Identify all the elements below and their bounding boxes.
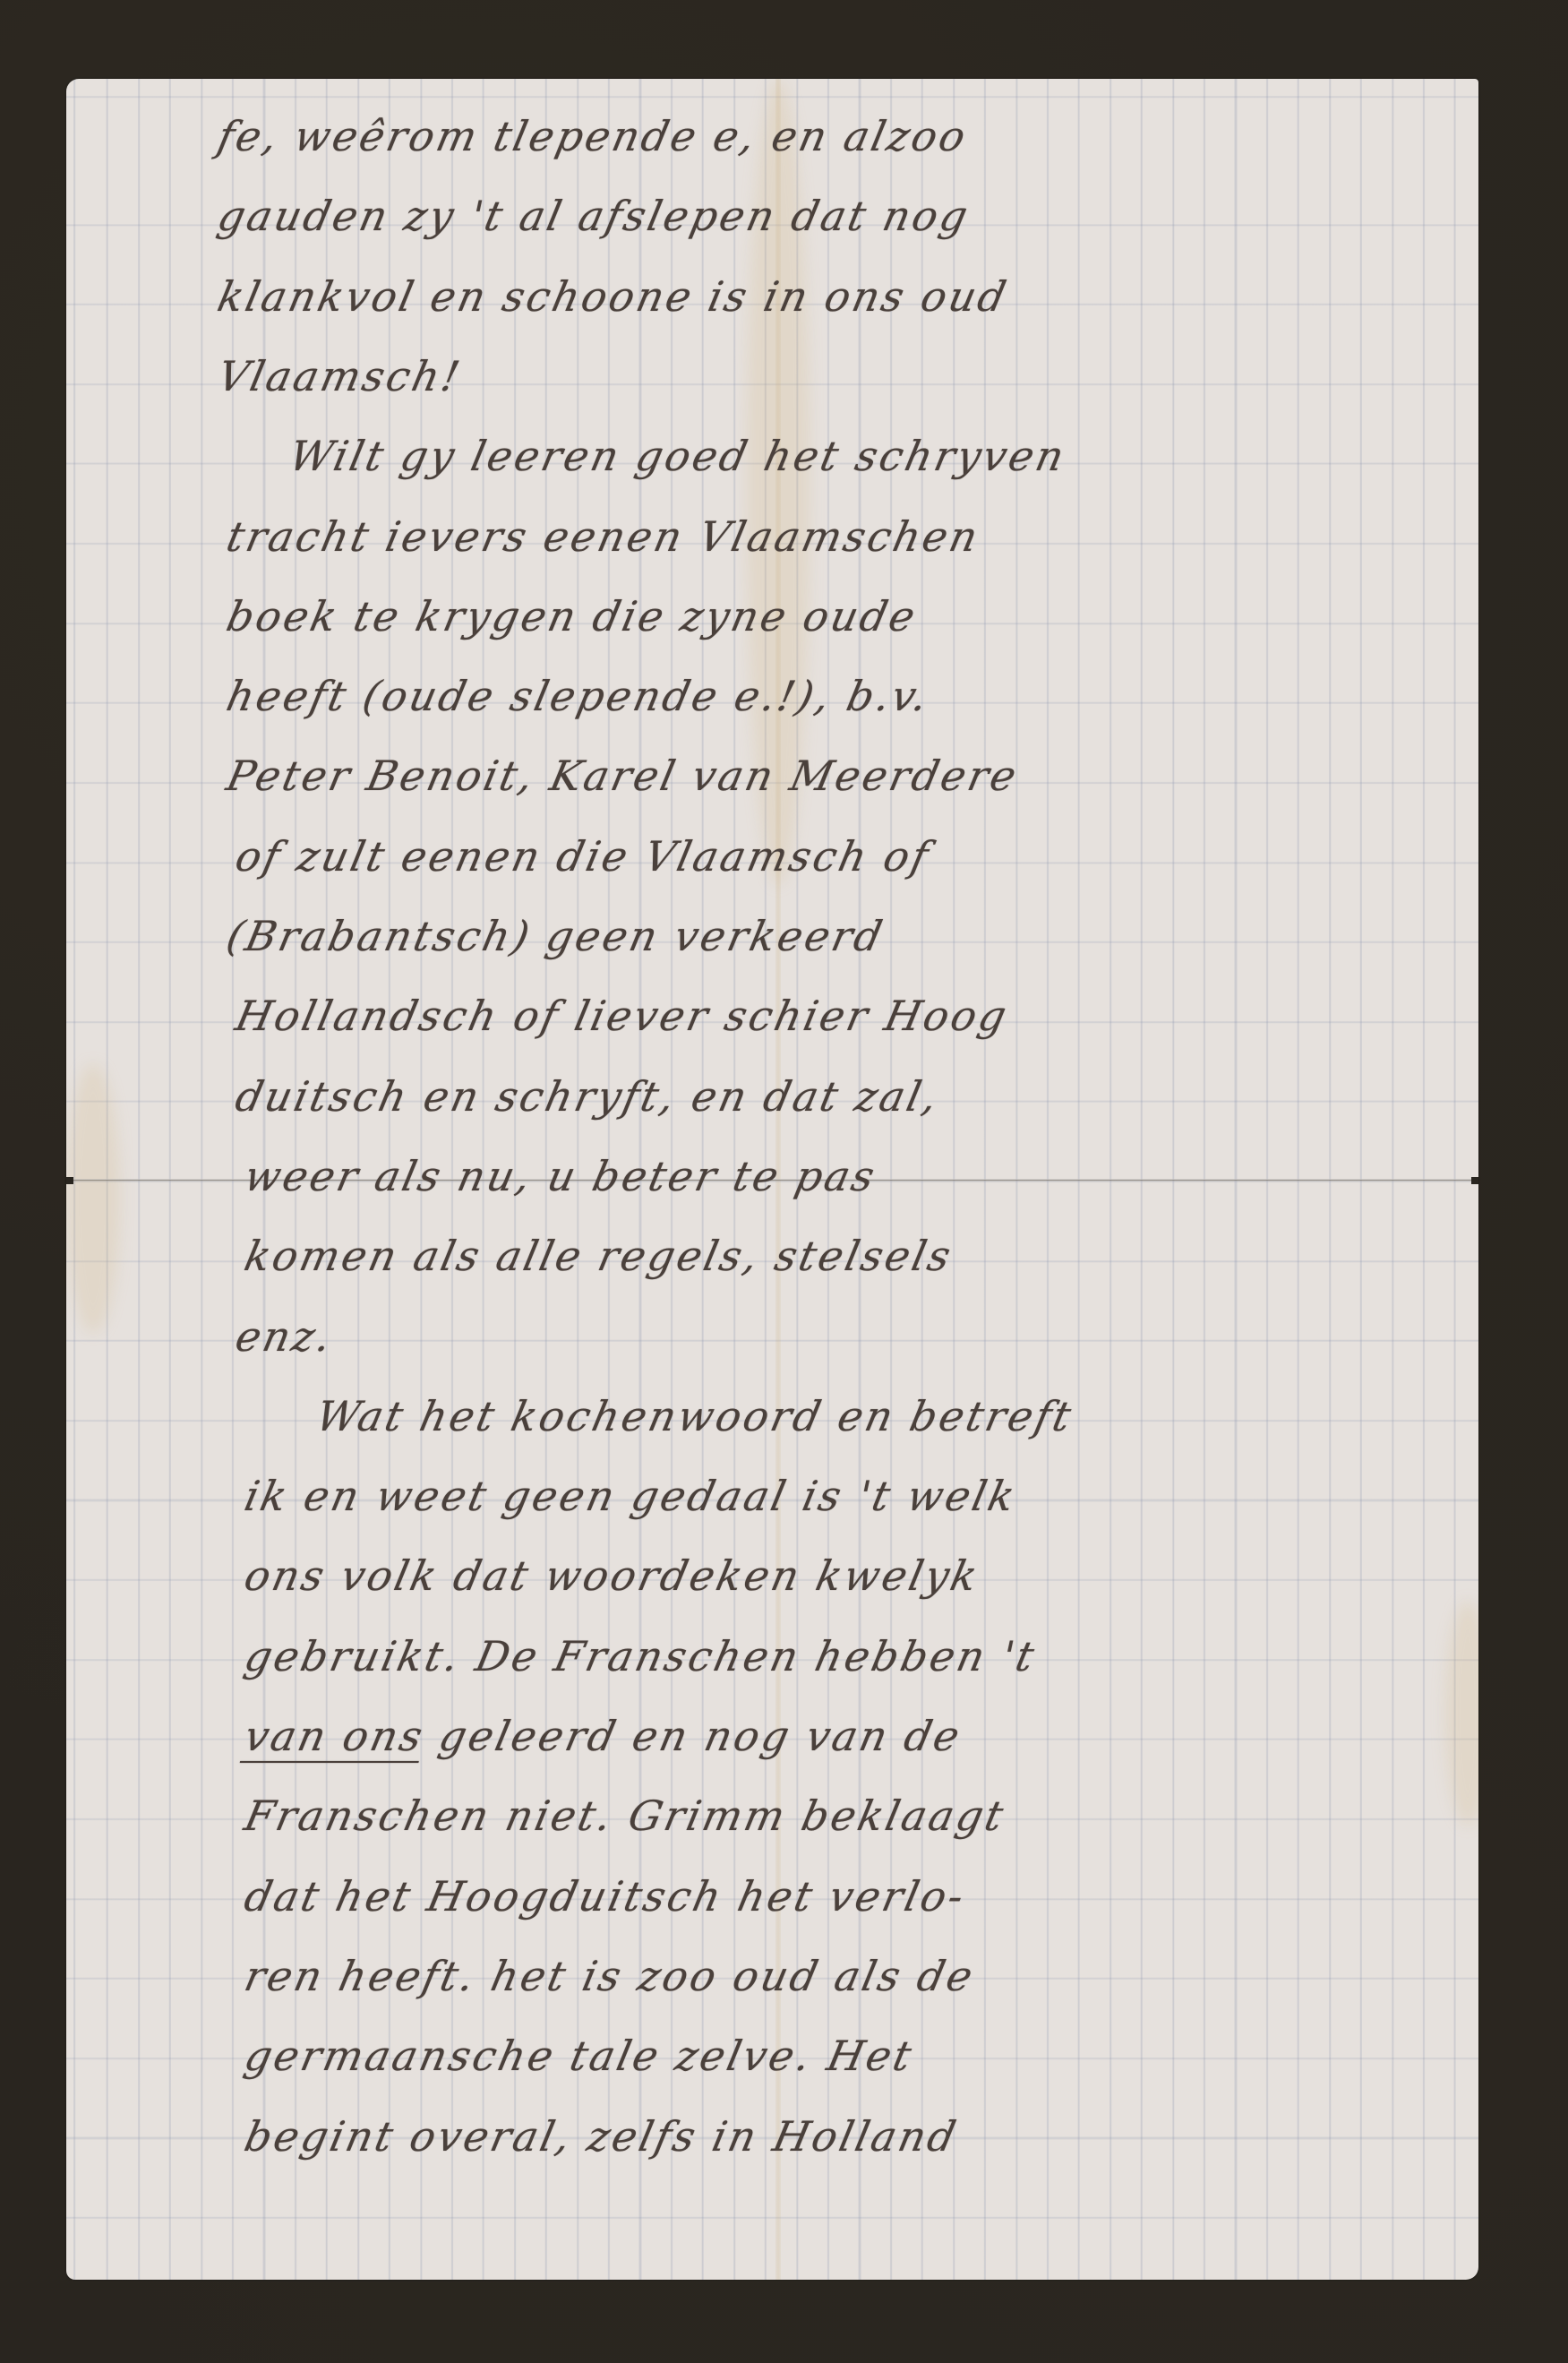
handwritten-line: weer als nu, u beter te pas [66, 1137, 1478, 1216]
handwritten-line: begint overal, zelfs in Holland [66, 2097, 1478, 2177]
handwritten-line: dat het Hoogduitsch het verlo- [66, 1857, 1478, 1937]
handwritten-line: tracht ievers eenen Vlaamschen [66, 497, 1478, 577]
handwritten-line: ik en weet geen gedaal is 't welk [66, 1456, 1478, 1536]
handwritten-line: boek te krygen die zyne oude [66, 577, 1478, 657]
handwritten-line: Wilt gy leeren goed het schryven [66, 417, 1478, 496]
line-remainder: geleerd en nog van de [419, 1712, 966, 1760]
handwritten-line: ons volk dat woordeken kwelyk [66, 1536, 1478, 1616]
handwritten-line: ren heeft. het is zoo oud als de [66, 1937, 1478, 2016]
handwritten-line: van ons geleerd en nog van de [66, 1697, 1478, 1776]
handwritten-line: germaansche tale zelve. Het [66, 2016, 1478, 2096]
handwritten-line: komen als alle regels, stelsels [66, 1216, 1478, 1296]
handwritten-line: gebruikt. De Franschen hebben 't [66, 1617, 1478, 1697]
handwritten-line: duitsch en schryft, en dat zal, [66, 1057, 1478, 1137]
handwritten-line: Wat het kochenwoord en betreft [66, 1377, 1478, 1456]
underlined-phrase: van ons [240, 1712, 429, 1760]
handwritten-line: Franschen niet. Grimm beklaagt [66, 1776, 1478, 1856]
handwritten-line: heeft (oude slepende e.!), b.v. [66, 657, 1478, 736]
handwritten-line: Vlaamsch! [66, 337, 1478, 417]
handwritten-line: gauden zy 't al afslepen dat nog [66, 176, 1478, 256]
handwritten-line: of zult eenen die Vlaamsch of [66, 817, 1478, 897]
handwritten-line: klankvol en schoone is in ons oud [66, 257, 1478, 337]
handwritten-line: (Brabantsch) geen verkeerd [66, 897, 1478, 976]
handwritten-line: fe, weêrom tlepende e, en alzoo [66, 97, 1478, 176]
letter-page: fe, weêrom tlepende e, en alzoogauden zy… [66, 79, 1478, 2280]
handwritten-line: Hollandsch of liever schier Hoog [66, 976, 1478, 1056]
handwritten-text: fe, weêrom tlepende e, en alzoogauden zy… [66, 79, 1478, 2280]
handwritten-line: Peter Benoit, Karel van Meerdere [66, 736, 1478, 816]
handwritten-line: enz. [66, 1297, 1478, 1377]
